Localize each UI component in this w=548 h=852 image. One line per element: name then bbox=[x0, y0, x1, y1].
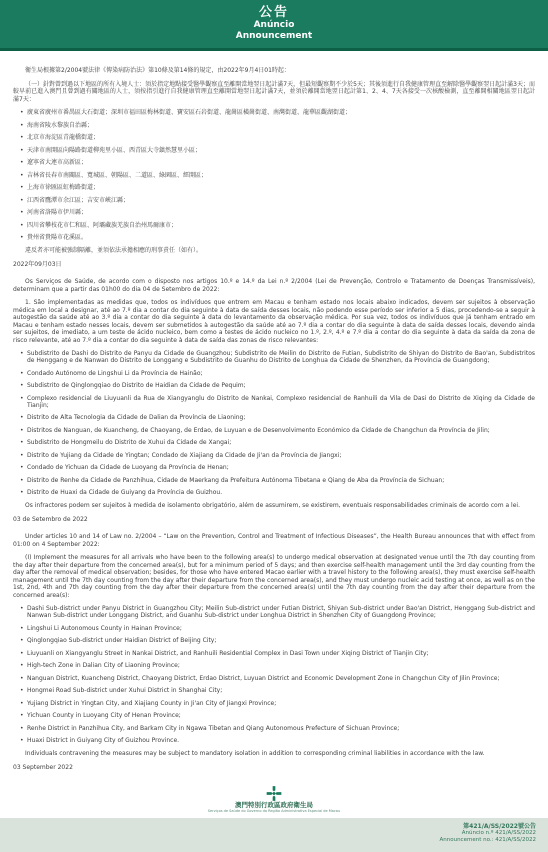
pt-risk-area-item: Complexo residencial de Liuyuanli da Rua… bbox=[13, 395, 535, 409]
health-bureau-logo-icon bbox=[266, 786, 282, 801]
pt-risk-area-item: Subdistrito de Qinglongqiao do Distrito … bbox=[13, 382, 535, 389]
pt-risk-area-item: Distritos de Nanguan, de Kuancheng, de C… bbox=[13, 427, 535, 434]
zh-risk-area-list: 廣東省廣州市番禺區大石街道；深圳市福田區梅林街道、寶安區石岩街道、龍崗區橫崗街道… bbox=[13, 109, 535, 241]
zh-risk-area-item: 吉林省長春市南關區、寬城區、朝陽區、二道區、綠園區、經開區； bbox=[13, 172, 535, 179]
announcement-page: 公告 Anúncio Announcement 衛生局根據第2/2004號法律《… bbox=[0, 0, 548, 852]
page-title-pt: Anúncio bbox=[0, 20, 548, 31]
section-portuguese: Os Serviços de Saúde, de acordo com o di… bbox=[13, 278, 535, 523]
pt-risk-area-item: Subdistrito de Dashi do Distrito de Pany… bbox=[13, 350, 535, 364]
en-risk-area-item: Renhe District in Panzhihua City, and Ba… bbox=[13, 725, 535, 732]
org-name-pt: Serviços de Saúde do Governo da Região A… bbox=[0, 809, 548, 814]
zh-risk-area-item: 河南省洛陽市伊川縣； bbox=[13, 209, 535, 216]
en-risk-area-item: Huaxi District in Guiyang City of Guizho… bbox=[13, 737, 535, 744]
section-chinese: 衛生局根據第2/2004號法律《傳染病防治法》第10條及第14條的規定，由202… bbox=[13, 67, 535, 268]
pt-measures: 1. São implementadas as medidas que, tod… bbox=[13, 299, 535, 344]
en-risk-area-item: Hongmei Road Sub-district under Xuhui Di… bbox=[13, 687, 535, 694]
pt-risk-area-item: Distrito de Yujiang da Cidade de Yingtan… bbox=[13, 452, 535, 459]
pt-risk-area-item: Condado Autónomo de Lingshui Li da Proví… bbox=[13, 370, 535, 377]
pt-risk-area-item: Distrito de Huaxi da Cidade de Guiyang d… bbox=[13, 489, 535, 496]
document-body: 衛生局根據第2/2004號法律《傳染病防治法》第10條及第14條的規定，由202… bbox=[0, 51, 548, 771]
en-risk-area-item: Qinglongqiao Sub-district under Haidian … bbox=[13, 637, 535, 644]
section-english: Under articles 10 and 14 of Law no. 2/20… bbox=[13, 533, 535, 771]
zh-penalty-note: 違反者亦可能被強制隔離，並須依法承擔相應的刑事責任（如有）。 bbox=[13, 247, 535, 255]
en-measures: (I) Implement the measures for all arriv… bbox=[13, 554, 535, 599]
zh-risk-area-item: 遼寧省大連市高新區； bbox=[13, 159, 535, 166]
org-name-zh: 澳門特別行政區政府衛生局 bbox=[0, 802, 548, 810]
en-risk-area-item: Yujiang District in Yingtan City, and Xi… bbox=[13, 700, 535, 707]
en-risk-area-item: Dashi Sub-district under Panyu District … bbox=[13, 605, 535, 619]
en-risk-area-item: High-tech Zone in Dalian City of Liaonin… bbox=[13, 662, 535, 669]
en-risk-area-item: Lingshui Li Autonomous County in Hainan … bbox=[13, 625, 535, 632]
page-title-en: Announcement bbox=[0, 31, 548, 42]
zh-risk-area-item: 天津市南開區向陽路街道柳苑里小區、西青區大寺鎮然慧里小區； bbox=[13, 147, 535, 154]
en-risk-area-list: Dashi Sub-district under Panyu District … bbox=[13, 605, 535, 744]
footer-reference-band: 第421/A/SS/2022號公告 Anúncio n.º 421/A/SS/2… bbox=[0, 818, 548, 852]
pt-penalty-note: Os infractores podem ser sujeitos à medi… bbox=[13, 502, 535, 510]
en-legal-basis: Under articles 10 and 14 of Law no. 2/20… bbox=[13, 533, 535, 548]
page-title-zh: 公告 bbox=[0, 5, 548, 20]
pt-risk-area-item: Condado de Yichuan da Cidade de Luoyang … bbox=[13, 464, 535, 471]
pt-issue-date: 03 de Setembro de 2022 bbox=[13, 516, 535, 523]
zh-risk-area-item: 海南省陵水黎族自治縣； bbox=[13, 122, 535, 129]
zh-issue-date: 2022年09月03日 bbox=[13, 261, 535, 268]
reference-number-pt: Anúncio n.º 421/A/SS/2022 bbox=[0, 830, 536, 837]
header-band: 公告 Anúncio Announcement bbox=[0, 0, 548, 51]
pt-risk-area-item: Distrito de Alta Tecnologia da Cidade de… bbox=[13, 414, 535, 421]
zh-risk-area-item: 廣東省廣州市番禺區大石街道；深圳市福田區梅林街道、寶安區石岩街道、龍崗區橫崗街道… bbox=[13, 109, 535, 116]
reference-number-en: Announcement no.: 421/A/SS/2022 bbox=[0, 837, 536, 844]
pt-legal-basis: Os Serviços de Saúde, de acordo com o di… bbox=[13, 278, 535, 293]
zh-risk-area-item: 貴州省貴陽市花溪區。 bbox=[13, 234, 535, 241]
en-risk-area-item: Yichuan County in Luoyang City of Henan … bbox=[13, 712, 535, 719]
zh-legal-basis: 衛生局根據第2/2004號法律《傳染病防治法》第10條及第14條的規定，由202… bbox=[13, 67, 535, 75]
pt-risk-area-item: Subdistrito de Hongmeilu do Distrito de … bbox=[13, 439, 535, 446]
en-penalty-note: Individuals contravening the measures ma… bbox=[13, 750, 535, 758]
en-issue-date: 03 September 2022 bbox=[13, 764, 535, 771]
zh-risk-area-item: 北京市海淀區青龍橋街道； bbox=[13, 134, 535, 141]
health-bureau-logo-block: 澳門特別行政區政府衛生局 Serviços de Saúde do Govern… bbox=[0, 786, 548, 815]
zh-measures: （一）針對曾到過以下地區的所有入境人士：須於指定地點接受醫學觀察直至離開當地翌日… bbox=[13, 81, 535, 104]
zh-risk-area-item: 江西省鷹潭市余江區；吉安市峽江縣； bbox=[13, 197, 535, 204]
zh-risk-area-item: 四川省攀枝花市仁和區、阿壩藏族羌族自治州馬爾康市； bbox=[13, 222, 535, 229]
pt-risk-area-list: Subdistrito de Dashi do Distrito de Pany… bbox=[13, 350, 535, 496]
pt-risk-area-item: Distrito de Renhe da Cidade de Panzhihua… bbox=[13, 477, 535, 484]
en-risk-area-item: Liuyuanli on Xiangyanglu Street in Nanka… bbox=[13, 650, 535, 657]
en-risk-area-item: Nanguan District, Kuancheng District, Ch… bbox=[13, 675, 535, 682]
zh-risk-area-item: 上海市徐匯區虹梅路街道； bbox=[13, 184, 535, 191]
reference-number-zh: 第421/A/SS/2022號公告 bbox=[0, 823, 536, 830]
